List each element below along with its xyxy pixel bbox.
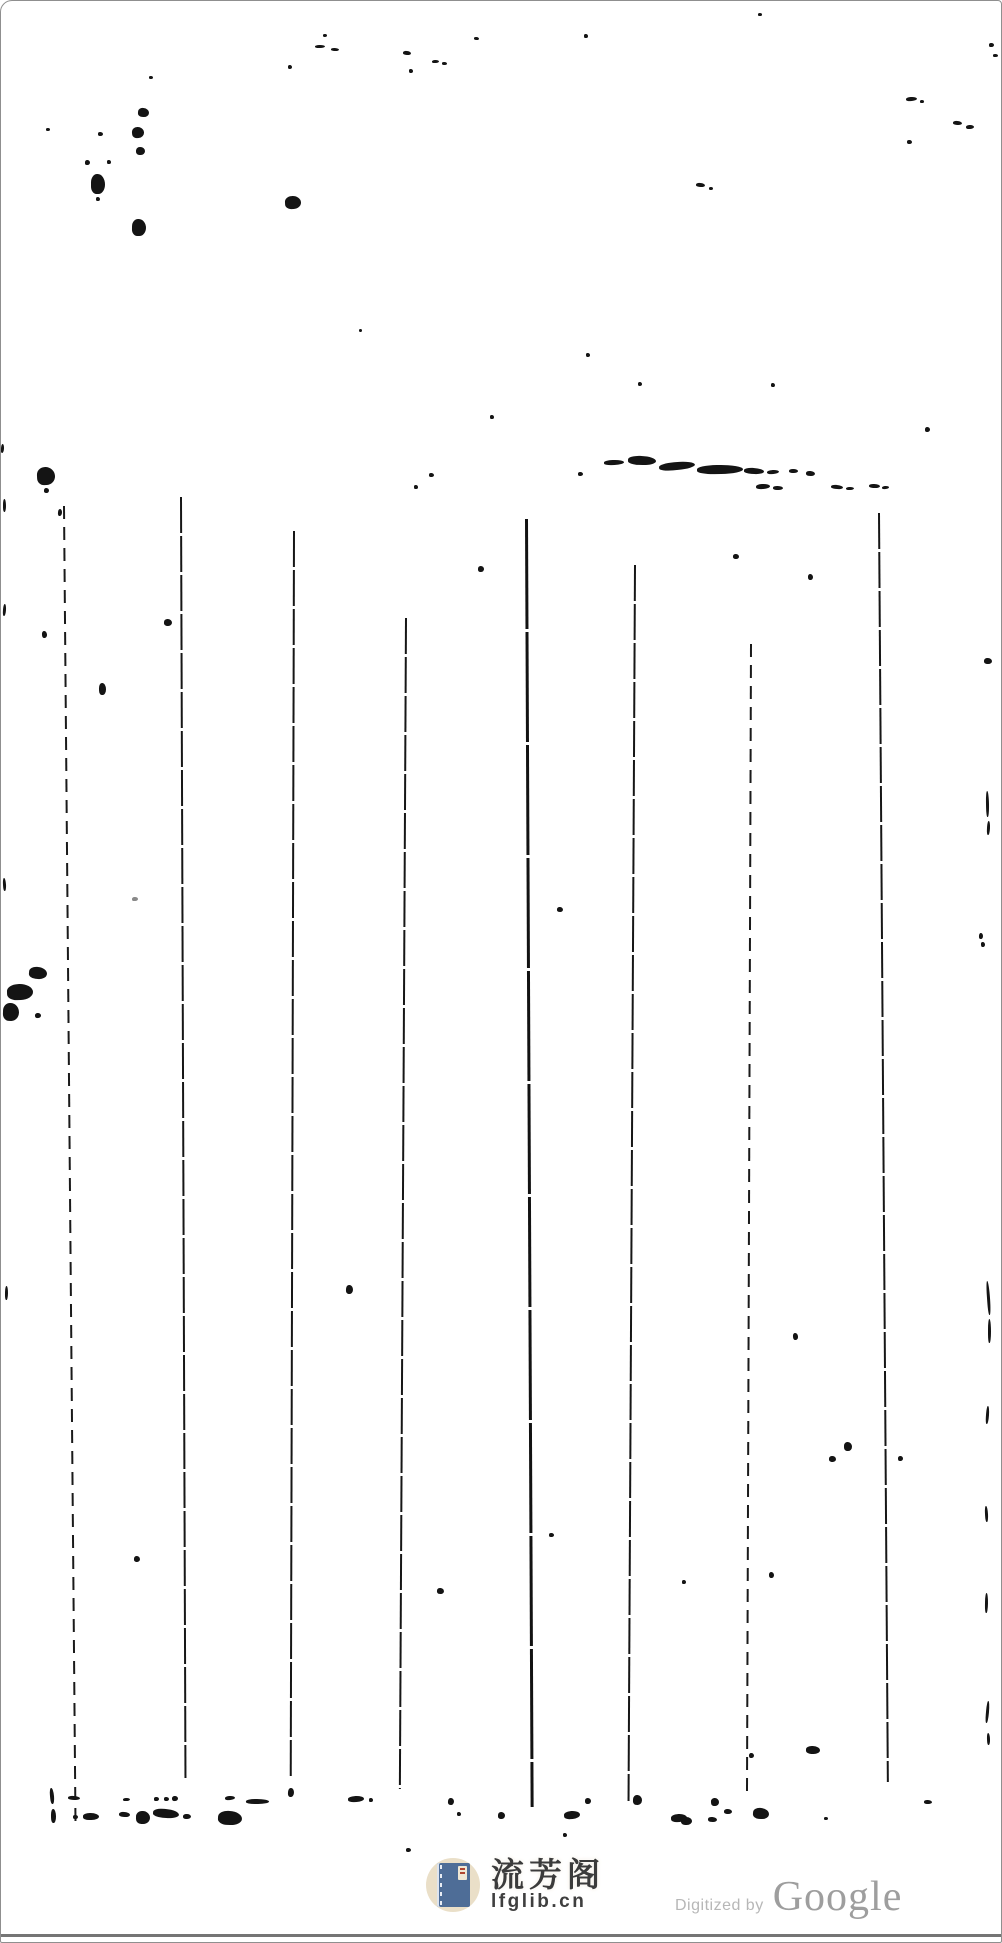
ink-speck	[966, 125, 974, 129]
scanned-page: 流芳阁 lfglib.cn Digitized by Google	[0, 0, 1002, 1943]
ink-speck	[225, 1796, 235, 1801]
ink-speck	[985, 1406, 989, 1424]
ink-speck	[346, 1285, 353, 1294]
ink-speck	[846, 487, 854, 490]
ink-speck	[85, 160, 90, 165]
ink-speck	[442, 62, 447, 65]
ink-speck	[898, 1456, 903, 1461]
ink-speck	[697, 465, 743, 475]
ink-speck	[749, 1753, 754, 1758]
ink-speck	[584, 34, 588, 38]
ink-speck	[29, 966, 48, 980]
ink-speck	[808, 574, 813, 580]
ink-speck	[51, 1809, 56, 1823]
ink-speck	[448, 1798, 455, 1805]
ink-speck	[628, 456, 656, 466]
ink-speck	[753, 1807, 770, 1819]
ink-speck	[793, 1333, 799, 1340]
ink-speck	[563, 1833, 567, 1837]
ink-speck	[73, 1815, 78, 1819]
ink-speck	[149, 76, 153, 79]
ink-speck	[46, 128, 50, 131]
ink-speck	[359, 329, 362, 332]
ink-speck	[709, 187, 713, 190]
ink-speck	[711, 1798, 719, 1806]
ink-speck	[348, 1796, 364, 1803]
ink-speck	[218, 1810, 243, 1825]
ink-speck	[681, 1817, 692, 1825]
ink-speck	[882, 486, 889, 490]
lfglib-logo-badge	[426, 1858, 480, 1912]
ink-speck	[49, 1788, 54, 1804]
ink-speck	[829, 1456, 836, 1462]
ink-speck	[490, 415, 494, 419]
ink-speck	[99, 683, 106, 695]
ink-speck	[831, 484, 843, 489]
ink-speck	[986, 1281, 991, 1315]
ink-speck	[138, 108, 150, 118]
page-bottom-edge	[1, 1934, 1001, 1937]
google-logo: Google	[773, 1873, 903, 1921]
ink-speck	[154, 1797, 159, 1801]
ink-speck	[758, 13, 762, 16]
ink-speck	[984, 658, 992, 664]
ink-speck	[993, 54, 998, 57]
ink-specks-layer	[1, 1, 1001, 1942]
ink-speck	[733, 554, 739, 559]
ink-speck	[437, 1588, 444, 1595]
ink-speck	[986, 791, 989, 817]
ink-speck	[369, 1798, 373, 1802]
ink-speck	[924, 1800, 932, 1804]
ink-speck	[985, 1506, 989, 1522]
ink-speck	[989, 43, 994, 47]
ink-speck	[549, 1533, 554, 1537]
ink-speck	[457, 1812, 461, 1816]
ink-speck	[119, 1812, 130, 1818]
ink-speck	[744, 467, 764, 474]
ink-speck	[3, 878, 7, 891]
ink-speck	[132, 219, 146, 236]
ink-speck	[3, 1003, 20, 1022]
ink-speck	[98, 132, 103, 136]
ink-speck	[315, 45, 325, 48]
ink-speck	[585, 1798, 591, 1804]
ink-speck	[987, 821, 991, 835]
lfglib-watermark: 流芳阁 lfglib.cn	[426, 1858, 605, 1912]
ink-speck	[429, 473, 434, 477]
ink-speck	[869, 484, 880, 488]
ink-speck	[132, 126, 145, 138]
watermark-site-name: 流芳阁	[491, 1858, 605, 1892]
ink-speck	[979, 933, 983, 939]
ink-speck	[767, 470, 779, 475]
ink-speck	[1, 444, 5, 453]
ink-speck	[132, 897, 138, 901]
ink-speck	[981, 942, 985, 947]
ink-speck	[164, 619, 172, 626]
ink-speck	[925, 427, 930, 432]
ink-speck	[474, 37, 479, 40]
ink-speck	[806, 471, 815, 477]
book-stitch-detail	[440, 1865, 442, 1905]
ink-speck	[3, 499, 6, 512]
ink-speck	[586, 353, 590, 357]
digitized-by-label: Digitized by	[675, 1897, 764, 1915]
ink-speck	[844, 1442, 852, 1451]
ink-speck	[5, 1286, 8, 1300]
ink-speck	[906, 97, 917, 102]
ink-speck	[406, 1848, 411, 1852]
ink-speck	[91, 174, 105, 194]
ink-speck	[246, 1799, 269, 1804]
ink-speck	[409, 69, 413, 73]
watermark-domain: lfglib.cn	[491, 1892, 605, 1912]
ink-speck	[953, 121, 962, 126]
ink-speck	[37, 467, 56, 486]
ink-speck	[3, 604, 7, 616]
ink-speck	[432, 60, 439, 63]
ink-speck	[288, 1788, 295, 1797]
ink-speck	[123, 1798, 130, 1801]
book-icon	[437, 1863, 470, 1907]
ink-speck	[331, 48, 339, 51]
ink-speck	[68, 1796, 80, 1801]
ink-speck	[107, 160, 111, 164]
ink-speck	[285, 196, 302, 210]
ink-speck	[708, 1817, 717, 1823]
ink-speck	[824, 1817, 828, 1820]
ink-speck	[172, 1796, 178, 1802]
ink-speck	[557, 907, 563, 913]
ink-speck	[564, 1810, 581, 1819]
ink-speck	[659, 460, 696, 471]
ink-speck	[44, 488, 49, 493]
ink-speck	[414, 485, 418, 489]
ink-speck	[907, 140, 912, 144]
ink-speck	[604, 460, 624, 466]
ink-speck	[7, 984, 34, 1001]
ink-speck	[42, 631, 47, 638]
ink-speck	[288, 65, 292, 69]
ink-speck	[773, 486, 783, 490]
ink-speck	[183, 1814, 191, 1819]
ink-speck	[136, 147, 145, 155]
ink-speck	[771, 383, 775, 387]
book-title-label	[458, 1866, 467, 1880]
ink-speck	[323, 34, 327, 37]
ink-speck	[756, 484, 770, 490]
watermark-text: 流芳阁 lfglib.cn	[491, 1858, 605, 1912]
ink-speck	[58, 509, 63, 516]
ink-speck	[578, 472, 583, 476]
ink-speck	[136, 1811, 150, 1824]
ink-speck	[682, 1580, 686, 1584]
ink-speck	[164, 1797, 169, 1801]
ink-speck	[987, 1733, 990, 1745]
ink-speck	[153, 1808, 180, 1819]
ink-speck	[83, 1813, 99, 1820]
ink-speck	[498, 1812, 505, 1819]
ink-speck	[985, 1701, 990, 1723]
ink-speck	[988, 1319, 991, 1343]
ink-speck	[806, 1746, 820, 1754]
ink-speck	[724, 1809, 732, 1814]
ink-speck	[769, 1572, 774, 1578]
ink-speck	[985, 1593, 988, 1613]
ink-speck	[35, 1013, 41, 1019]
ink-speck	[134, 1556, 140, 1562]
ink-speck	[696, 183, 705, 188]
ink-speck	[403, 51, 411, 56]
ink-speck	[633, 1795, 643, 1805]
ink-speck	[789, 469, 798, 473]
google-attribution: Digitized by Google	[675, 1873, 902, 1921]
ink-speck	[638, 382, 642, 386]
ink-speck	[96, 197, 100, 201]
ink-speck	[920, 100, 924, 103]
ink-speck	[478, 566, 484, 572]
